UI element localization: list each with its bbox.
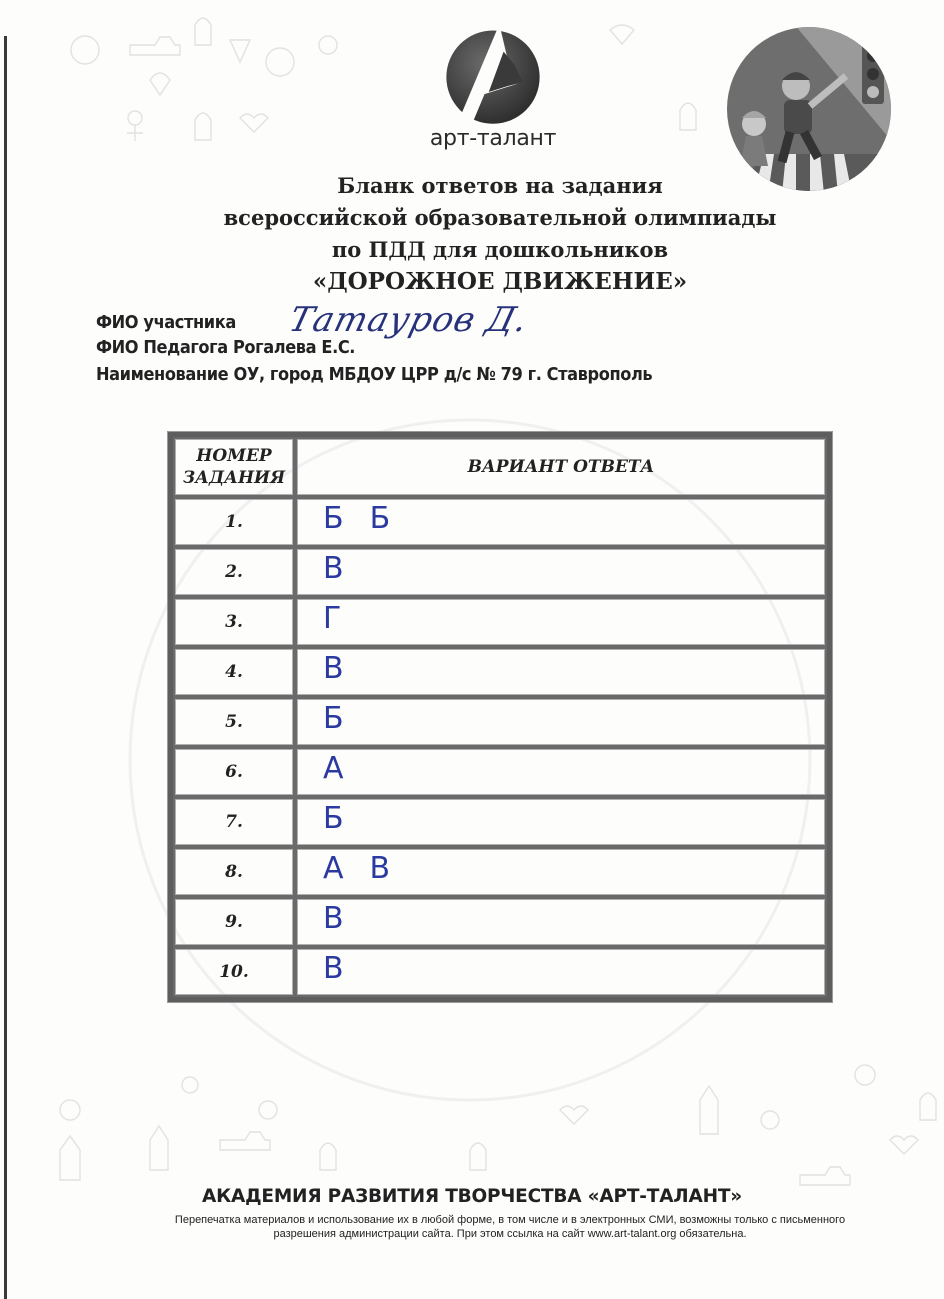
answer-cell[interactable]: Б — [295, 697, 827, 747]
handwritten-answer: Б — [323, 801, 370, 836]
answer-cell[interactable]: Б — [295, 797, 827, 847]
task-number: 2. — [173, 547, 295, 597]
answer-letter: В — [323, 651, 344, 686]
footer-title: АКАДЕМИЯ РАЗВИТИЯ ТВОРЧЕСТВА «АРТ-ТАЛАНТ… — [0, 1186, 944, 1207]
task-number: 1. — [173, 497, 295, 547]
task-number: 7. — [173, 797, 295, 847]
answer-letter: А — [323, 851, 344, 886]
scan-edge — [4, 36, 7, 1299]
task-number: 5. — [173, 697, 295, 747]
handwritten-answer: В — [323, 651, 370, 686]
header-answer-option: ВАРИАНТ ОТВЕТА — [295, 437, 827, 497]
answer-cell[interactable]: Г — [295, 597, 827, 647]
answer-letter: В — [323, 951, 344, 986]
answer-letter: Б — [323, 801, 344, 836]
title-line-1: Бланк ответов на задания — [150, 170, 850, 202]
handwritten-answer: В — [323, 951, 370, 986]
handwritten-answer: А — [323, 751, 370, 786]
answer-cell[interactable]: ББ — [295, 497, 827, 547]
task-number: 8. — [173, 847, 295, 897]
handwritten-answer: Г — [323, 601, 367, 636]
footer-copyright-note: Перепечатка материалов и использование и… — [80, 1214, 940, 1241]
title-line-4: «ДОРОЖНОЕ ДВИЖЕНИЕ» — [150, 266, 850, 298]
task-number: 10. — [173, 947, 295, 997]
answer-extra-letter: Б — [370, 501, 391, 536]
answer-cell[interactable]: В — [295, 947, 827, 997]
institution-label: Наименование ОУ, город — [96, 364, 323, 385]
footer-note-line2: разрешения администрации сайта. При этом… — [80, 1228, 940, 1242]
answer-letter: В — [323, 901, 344, 936]
institution-row: Наименование ОУ, город МБДОУ ЦРР д/с № 7… — [96, 364, 652, 385]
answer-letter: Г — [323, 601, 341, 636]
answers-table: НОМЕР ЗАДАНИЯ ВАРИАНТ ОТВЕТА 1.ББ2.В3.Г4… — [168, 432, 832, 1002]
answer-cell[interactable]: В — [295, 897, 827, 947]
teacher-value: Рогалева Е.С. — [233, 337, 355, 358]
answer-extra-letter: В — [370, 851, 391, 886]
table-row: 7.Б — [173, 797, 827, 847]
header-task-number: НОМЕР ЗАДАНИЯ — [173, 437, 295, 497]
answer-cell[interactable]: А — [295, 747, 827, 797]
institution-value: МБДОУ ЦРР д/с № 79 г. Ставрополь — [329, 364, 653, 385]
answer-cell[interactable]: В — [295, 547, 827, 597]
table-row: 8.АВ — [173, 847, 827, 897]
handwritten-answer: ББ — [323, 501, 390, 536]
handwritten-answer: АВ — [323, 851, 390, 886]
answer-letter: А — [323, 751, 344, 786]
answer-cell[interactable]: АВ — [295, 847, 827, 897]
handwritten-answer: В — [323, 901, 370, 936]
task-number: 6. — [173, 747, 295, 797]
answer-cell[interactable]: В — [295, 647, 827, 697]
title-line-3: по ПДД для дошкольников — [150, 234, 850, 266]
table-row: 3.Г — [173, 597, 827, 647]
answer-letter: В — [323, 551, 344, 586]
participant-name-handwritten: Татауров Д. — [285, 300, 532, 340]
header-number-line2: ЗАДАНИЯ — [175, 467, 293, 489]
form-title: Бланк ответов на задания всероссийской о… — [150, 170, 850, 298]
answer-letter: Б — [323, 501, 344, 536]
title-line-2: всероссийской образовательной олимпиады — [150, 202, 850, 234]
children-crossing-illustration — [724, 24, 894, 194]
table-row: 5.Б — [173, 697, 827, 747]
table-row: 4.В — [173, 647, 827, 697]
header-number-line1: НОМЕР — [175, 445, 293, 467]
table-row: 10.В — [173, 947, 827, 997]
participant-label: ФИО участника — [96, 312, 236, 333]
logo-text: арт-талант — [418, 126, 568, 151]
table-row: 6.А — [173, 747, 827, 797]
footer-note-line1: Перепечатка материалов и использование и… — [80, 1214, 940, 1228]
handwritten-answer: Б — [323, 701, 370, 736]
table-row: 9.В — [173, 897, 827, 947]
teacher-label: ФИО Педагога — [96, 337, 228, 358]
art-talant-logo-icon — [440, 22, 546, 128]
participant-row: ФИО участника — [96, 312, 236, 333]
table-header-row: НОМЕР ЗАДАНИЯ ВАРИАНТ ОТВЕТА — [173, 437, 827, 497]
teacher-row: ФИО Педагога Рогалева Е.С. — [96, 337, 355, 358]
answer-letter: Б — [323, 701, 344, 736]
table-row: 2.В — [173, 547, 827, 597]
task-number: 3. — [173, 597, 295, 647]
task-number: 4. — [173, 647, 295, 697]
handwritten-answer: В — [323, 551, 370, 586]
task-number: 9. — [173, 897, 295, 947]
table-row: 1.ББ — [173, 497, 827, 547]
